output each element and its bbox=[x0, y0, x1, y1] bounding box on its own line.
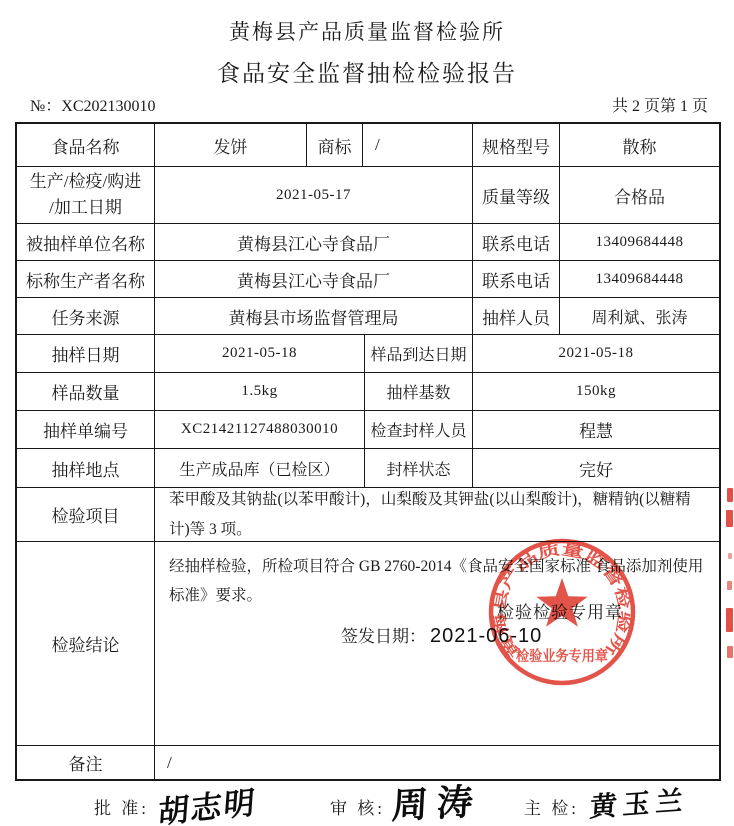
report-number-value: XC202130010 bbox=[61, 98, 155, 115]
review-signature: 周涛 bbox=[391, 774, 484, 826]
sampling-person-value: 周利斌、张涛 bbox=[560, 298, 719, 334]
phone-value-1: 13409684448 bbox=[560, 224, 719, 260]
seal-state-value: 完好 bbox=[473, 449, 719, 487]
edge-stamp-fragment bbox=[728, 553, 732, 559]
sheet-no-label: 抽样单编号 bbox=[17, 411, 155, 448]
chief-label: 主 检: bbox=[524, 794, 579, 819]
task-source-label: 任务来源 bbox=[17, 298, 155, 334]
phone-label-2: 联系电话 bbox=[473, 261, 560, 297]
brand-value: / bbox=[363, 124, 473, 166]
quantity-value: 1.5kg bbox=[155, 373, 365, 410]
remark-label: 备注 bbox=[17, 746, 155, 779]
chief-signature: 黄玉兰 bbox=[589, 778, 691, 824]
location-label: 抽样地点 bbox=[17, 449, 155, 487]
production-date-value: 2021-05-17 bbox=[155, 167, 473, 223]
inspection-report-page: 黄梅县产品质量监督检验所 食品安全监督抽检检验报告 №：XC202130010 … bbox=[0, 0, 734, 826]
table-row-remark: 备注 / bbox=[17, 746, 719, 779]
quantity-label: 样品数量 bbox=[17, 373, 155, 410]
arrival-date-label: 样品到达日期 bbox=[365, 335, 473, 372]
base-value: 150kg bbox=[473, 373, 719, 410]
spec-value: 散称 bbox=[560, 124, 719, 166]
table-row-food: 食品名称 发饼 商标 / 规格型号 散称 bbox=[17, 124, 719, 167]
table-row-sampling-date: 抽样日期 2021-05-18 样品到达日期 2021-05-18 bbox=[17, 335, 719, 373]
edge-stamp-fragment bbox=[726, 510, 733, 527]
approval-footer: 批 准: 胡志明 审 核: 周涛 主 检: 黄玉兰 bbox=[0, 780, 734, 826]
review-label: 审 核: bbox=[330, 794, 385, 819]
task-source-value: 黄梅县市场监督管理局 bbox=[155, 298, 473, 334]
sampling-person-label: 抽样人员 bbox=[473, 298, 560, 334]
food-name-label: 食品名称 bbox=[17, 124, 155, 166]
stamp-bottom-text: 检验业务专用章 bbox=[516, 647, 608, 665]
report-number: №：XC202130010 bbox=[30, 93, 156, 116]
location-value: 生产成品库（已检区） bbox=[155, 449, 365, 487]
conclusion-label: 检验结论 bbox=[17, 542, 155, 745]
table-row-location: 抽样地点 生产成品库（已检区） 封样状态 完好 bbox=[17, 449, 719, 488]
stamp-star-icon bbox=[536, 578, 587, 627]
table-row-sheet-no: 抽样单编号 XC21421127488030010 检查封样人员 程慧 bbox=[17, 411, 719, 449]
spec-label: 规格型号 bbox=[473, 124, 560, 166]
table-row-task-source: 任务来源 黄梅县市场监督管理局 抽样人员 周利斌、张涛 bbox=[17, 298, 719, 335]
sampled-unit-label: 被抽样单位名称 bbox=[17, 224, 155, 260]
table-row-production-date: 生产/检疫/购进 /加工日期 2021-05-17 质量等级 合格品 bbox=[17, 167, 719, 224]
grade-label: 质量等级 bbox=[473, 167, 560, 223]
edge-stamp-fragment bbox=[727, 581, 732, 590]
edge-stamp-fragment bbox=[726, 608, 733, 632]
org-title: 黄梅县产品质量监督检验所 bbox=[0, 16, 734, 46]
issue-date-label: 签发日期： bbox=[341, 622, 426, 647]
seal-state-label: 封样状态 bbox=[365, 449, 473, 487]
grade-value: 合格品 bbox=[560, 167, 719, 223]
table-row-sampled-unit: 被抽样单位名称 黄梅县江心寺食品厂 联系电话 13409684448 bbox=[17, 224, 719, 261]
sampling-date-label: 抽样日期 bbox=[17, 335, 155, 372]
food-name-value: 发饼 bbox=[155, 124, 307, 166]
sampled-unit-value: 黄梅县江心寺食品厂 bbox=[155, 224, 473, 260]
sealer-value: 程慧 bbox=[473, 411, 719, 448]
arrival-date-value: 2021-05-18 bbox=[473, 335, 719, 372]
sampling-date-value: 2021-05-18 bbox=[155, 335, 365, 372]
sealer-label: 检查封样人员 bbox=[365, 411, 473, 448]
approve-signature: 胡志明 bbox=[157, 777, 259, 826]
producer-value: 黄梅县江心寺食品厂 bbox=[155, 261, 473, 297]
production-date-label: 生产/检疫/购进 /加工日期 bbox=[17, 167, 155, 223]
producer-label: 标称生产者名称 bbox=[17, 261, 155, 297]
phone-label-1: 联系电话 bbox=[473, 224, 560, 260]
base-label: 抽样基数 bbox=[365, 373, 473, 410]
brand-label: 商标 bbox=[307, 124, 363, 166]
report-title: 食品安全监督抽检检验报告 bbox=[0, 55, 734, 88]
remark-value: / bbox=[155, 746, 719, 779]
edge-stamp-fragment bbox=[727, 646, 733, 658]
phone-value-2: 13409684448 bbox=[560, 261, 719, 297]
table-row-producer: 标称生产者名称 黄梅县江心寺食品厂 联系电话 13409684448 bbox=[17, 261, 719, 298]
table-row-quantity: 样品数量 1.5kg 抽样基数 150kg bbox=[17, 373, 719, 411]
approve-label: 批 准: bbox=[94, 794, 149, 819]
report-number-label: №： bbox=[30, 98, 61, 115]
items-label: 检验项目 bbox=[17, 488, 155, 541]
sheet-no-value: XC21421127488030010 bbox=[155, 411, 365, 448]
official-stamp: 黄梅县产品质量监督检验所 检验业务专用章 bbox=[484, 534, 640, 690]
page-count: 共 2 页第 1 页 bbox=[612, 93, 708, 116]
edge-stamp-fragment bbox=[727, 488, 733, 502]
